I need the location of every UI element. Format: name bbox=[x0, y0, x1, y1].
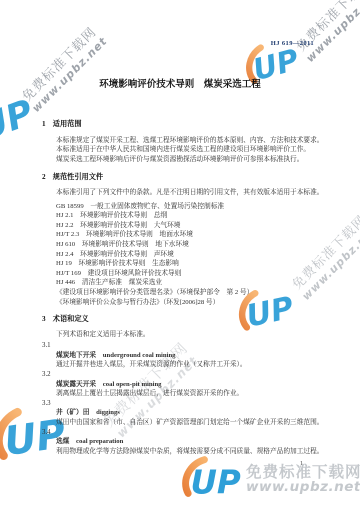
term-definition: 煤田中由国家和省（市、自治区）矿产资源管理部门划定给一个煤矿企业开采的三维范围。 bbox=[42, 418, 328, 428]
term-entry: 3.4 选煤 coal preparation 利用物理或化学等方法除掉煤炭中杂… bbox=[42, 428, 328, 457]
up-logo-icon: UP bbox=[180, 455, 244, 504]
term-definition: 通过开掘井巷进入煤层，开采煤炭资源的作业（又称井工开采）。 bbox=[42, 360, 328, 370]
watermark-footer: UP 免费标准下载网 www.upbz.net bbox=[180, 455, 360, 504]
reference-item: HJ 610 环境影响评价技术导则 地下水环境 bbox=[42, 240, 328, 250]
watermark-text-top-left: 免费标准下载网 www.upbz.net bbox=[0, 4, 127, 133]
term-entry: 3.3 井（矿）田 diggings 煤田中由国家和省（市、自治区）矿产资源管理… bbox=[42, 399, 328, 428]
reference-item: 《建设项目环境影响评价分类管理名录》（环境保护部令 第 2 号） bbox=[42, 288, 328, 298]
terms-list: 3.1 煤炭地下开采 underground coal mining 通过开掘井… bbox=[42, 341, 328, 456]
term-number: 3.1 bbox=[42, 341, 328, 351]
up-logo-icon: UP bbox=[0, 82, 43, 156]
term-entry: 3.2 煤炭露天开采 coal open-pit mining 剥离煤层上覆岩土… bbox=[42, 370, 328, 399]
term-entry: 3.1 煤炭地下开采 underground coal mining 通过开掘井… bbox=[42, 341, 328, 370]
reference-item: HJ 2.2 环境影响评价技术导则 大气环境 bbox=[42, 221, 328, 231]
section-2-heading: 2 规范性引用文件 bbox=[42, 173, 328, 183]
standard-number: HJ 619—2011 bbox=[271, 40, 314, 47]
term-number: 3.2 bbox=[42, 370, 328, 380]
reference-item: HJ/T 169 建设项目环境风险评价技术导则 bbox=[42, 269, 328, 279]
term-name: 选煤 coal preparation bbox=[42, 437, 328, 447]
up-logo-letters: UP bbox=[0, 92, 39, 149]
watermark-site-name: 免费标准下载网 bbox=[246, 464, 360, 480]
term-definition: 剥离煤层上覆岩土层揭露出煤层后，进行煤炭资源开采的作业。 bbox=[42, 389, 328, 399]
watermark-site-name: 免费标准下载网 bbox=[0, 4, 118, 124]
reference-item: 《环境影响评价公众参与暂行办法》（环发[2006]28 号） bbox=[42, 298, 328, 308]
section-1-paragraph: 本标准规定了煤炭开采工程、选煤工程环境影响评价的基本原则、内容、方法和技术要求。 bbox=[42, 136, 328, 146]
reference-item: HJ 2.4 环境影响评价技术导则 声环境 bbox=[42, 250, 328, 260]
reference-item: HJ 19 环境影响评价技术导则 生态影响 bbox=[42, 259, 328, 269]
section-1-heading: 1 适用范围 bbox=[42, 120, 328, 130]
watermark-site-url: www.upbz.net bbox=[246, 480, 360, 494]
term-number: 3.4 bbox=[42, 428, 328, 438]
reference-list: GB 18599 一般工业固体废物贮存、处置场污染控制标准 HJ 2.1 环境影… bbox=[42, 202, 328, 308]
term-name: 煤炭地下开采 underground coal mining bbox=[42, 351, 328, 361]
term-definition: 利用物理或化学等方法除掉煤炭中杂质，将煤按需要分成不同质量、规格产品的加工过程。 bbox=[42, 447, 328, 457]
page-number: 1 bbox=[300, 461, 303, 467]
reference-item: HJ 446 清洁生产标准 煤炭采选业 bbox=[42, 278, 328, 288]
section-1-paragraph: 煤炭采选工程环境影响后评价与煤炭资源勘探活动环境影响评价可参照本标准执行。 bbox=[42, 155, 328, 165]
section-3-heading: 3 术语和定义 bbox=[42, 315, 328, 325]
term-number: 3.3 bbox=[42, 399, 328, 409]
reference-item: GB 18599 一般工业固体废物贮存、处置场污染控制标准 bbox=[42, 202, 328, 212]
term-name: 井（矿）田 diggings bbox=[42, 408, 328, 418]
document-body: 1 适用范围 本标准规定了煤炭开采工程、选煤工程环境影响评价的基本原则、内容、方… bbox=[42, 120, 328, 456]
section-3-intro: 下列术语和定义适用于本标准。 bbox=[42, 330, 328, 340]
section-1-paragraph: 本标准适用于在中华人民共和国境内进行煤炭采选工程的建设项目环境影响评价工作。 bbox=[42, 145, 328, 155]
document-page: 免费标准下载网 www.upbz.net 免费标准下载网 www.upbz.ne… bbox=[0, 0, 360, 509]
watermark-site-url: www.upbz.net bbox=[12, 17, 127, 132]
reference-item: HJ 2.1 环境影响评价技术导则 总纲 bbox=[42, 211, 328, 221]
watermark-footer-text: 免费标准下载网 www.upbz.net bbox=[246, 464, 360, 494]
section-2-intro: 本标准引用了下列文件中的条款。凡是不注明日期的引用文件，其有效版本适用于本标准。 bbox=[42, 188, 328, 198]
page-title: 环境影响评价技术导则 煤炭采选工程 bbox=[0, 76, 360, 90]
watermark-site-name: 免费标准下载网 bbox=[273, 0, 360, 73]
up-logo-letters: UP bbox=[190, 463, 240, 501]
term-name: 煤炭露天开采 coal open-pit mining bbox=[42, 380, 328, 390]
reference-item: HJ/T 2.3 环境影响评价技术导则 地面水环境 bbox=[42, 230, 328, 240]
